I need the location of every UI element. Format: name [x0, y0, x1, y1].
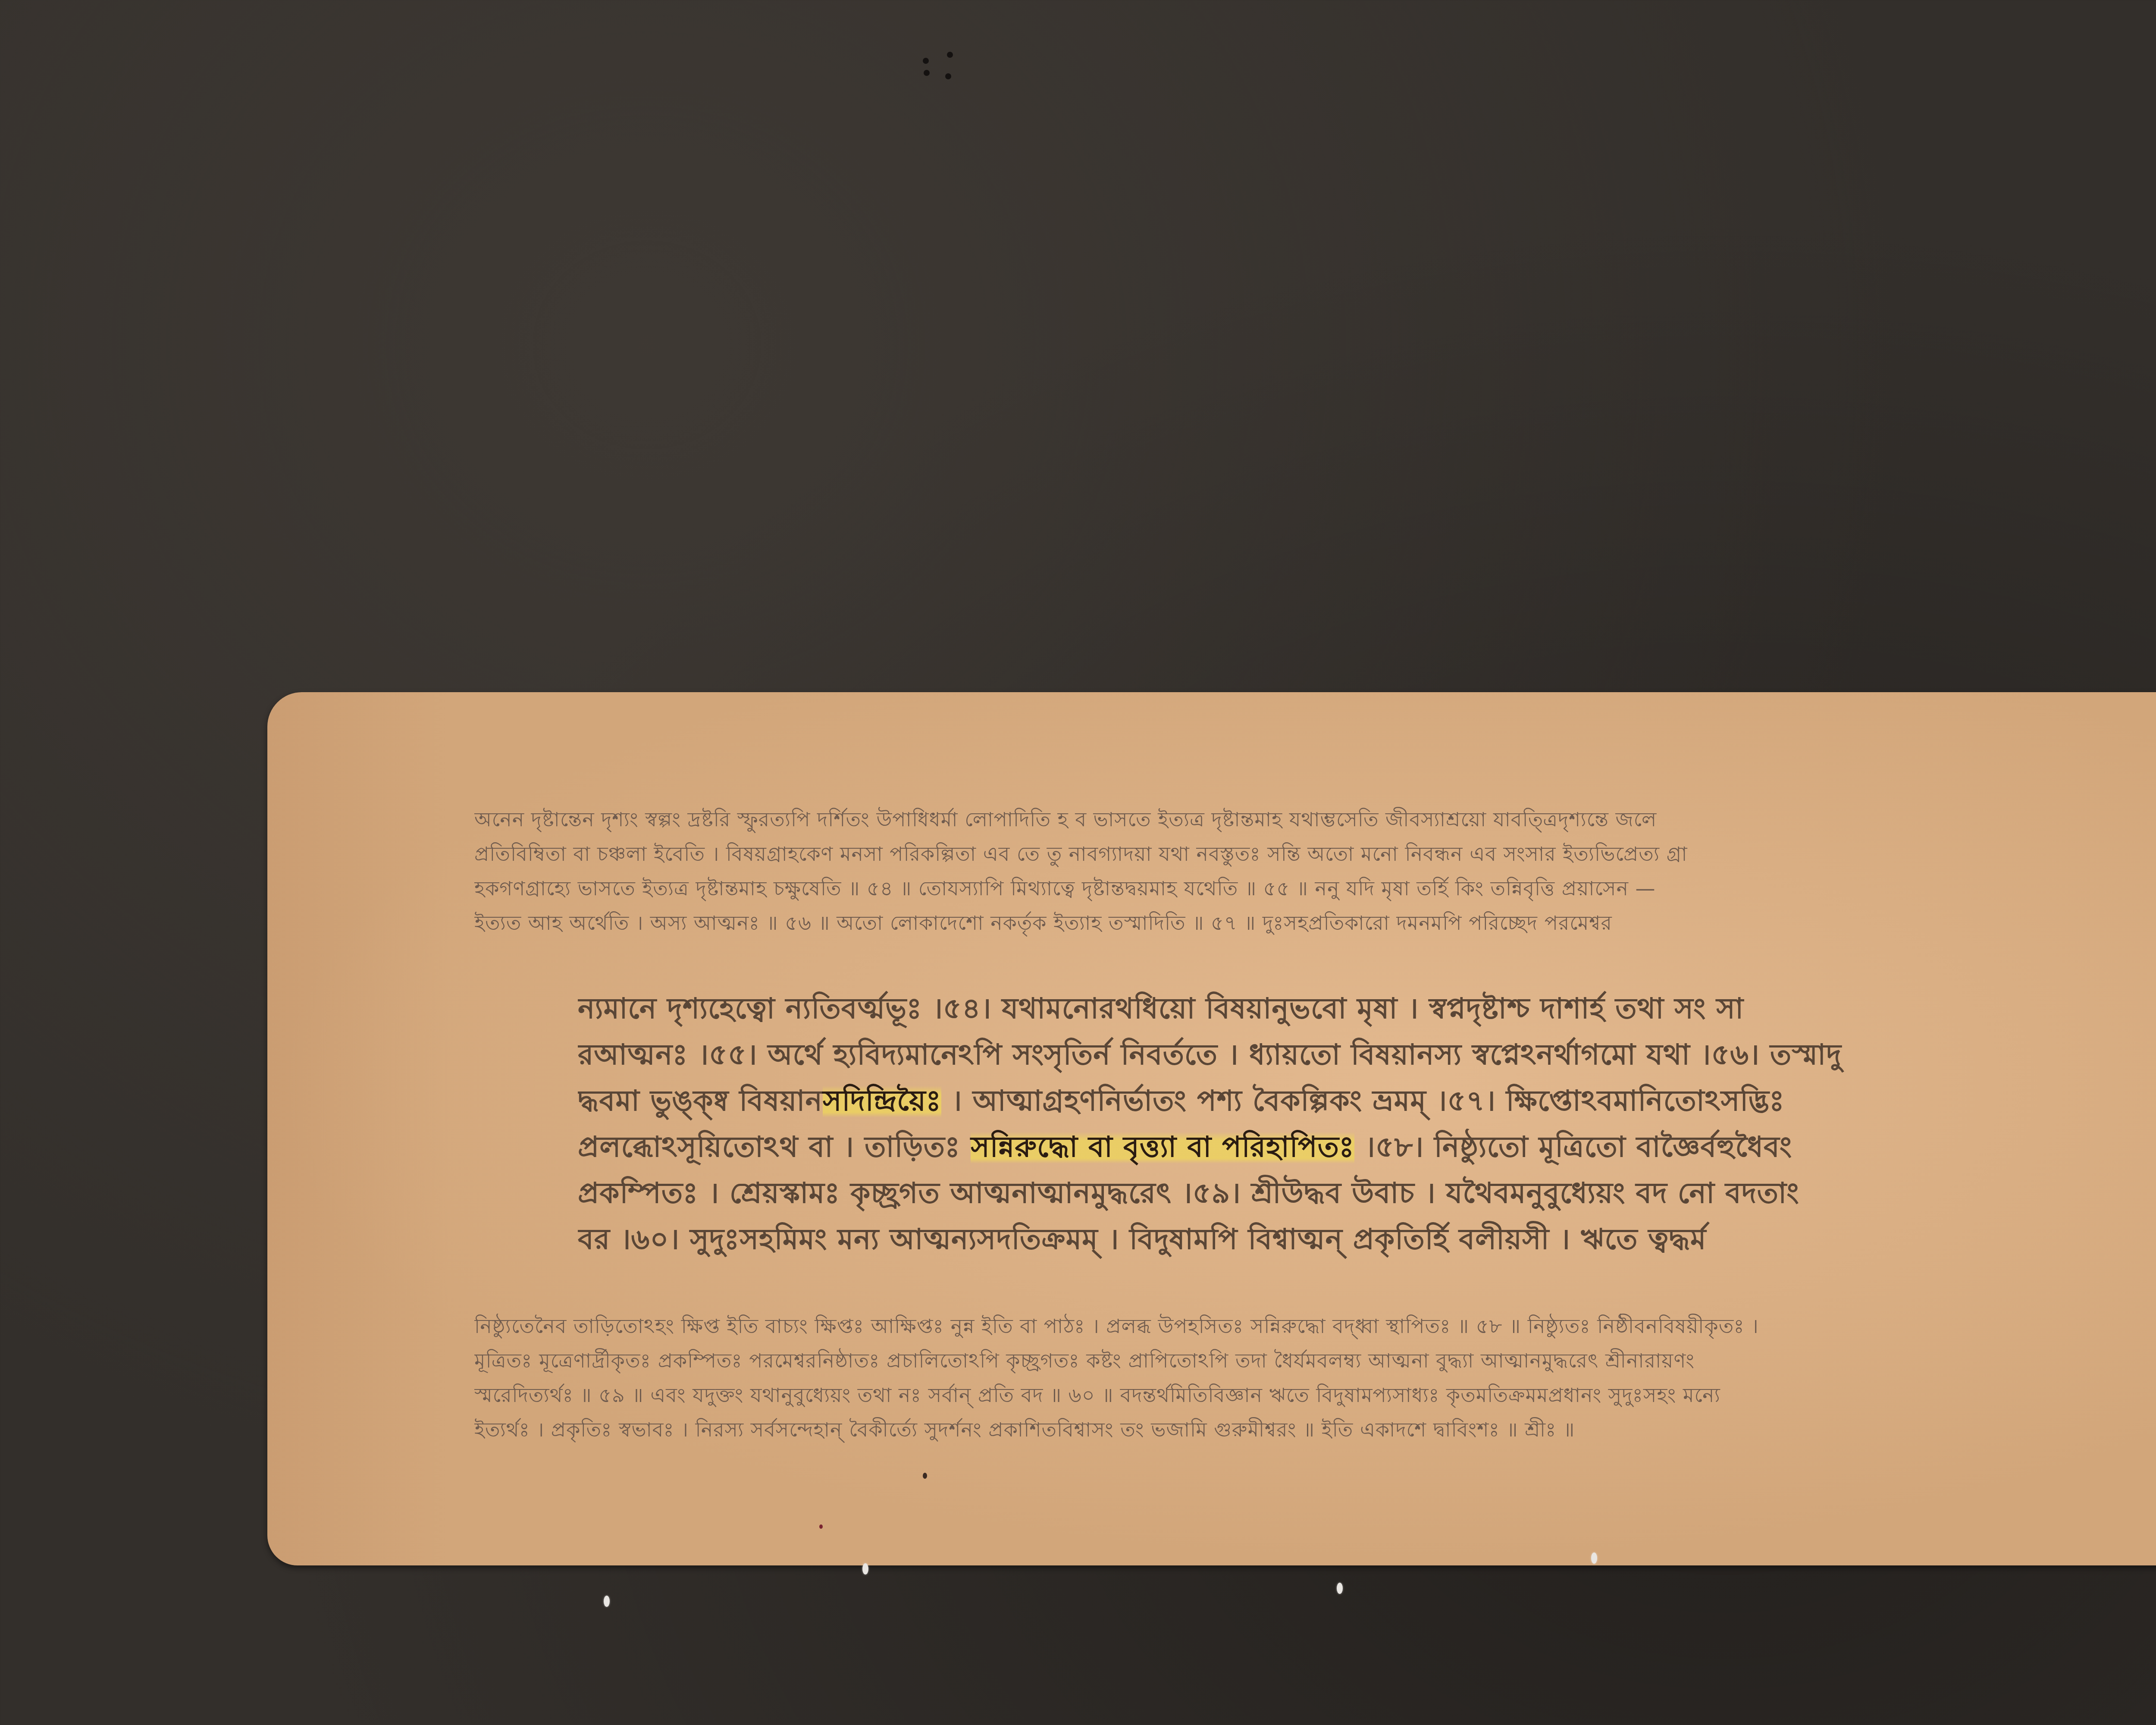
- commentary-bottom: নিষ্ঠ্যুতেনৈব তাড়িতোঽহং ক্ষিপ্ত ইতি বাচ…: [474, 1309, 2156, 1447]
- commentary-line: ইত্যত আহ অর্থেতি । অস্য আত্মনঃ ॥ ৫৬ ॥ অত…: [474, 906, 2156, 940]
- mounting-pin: [604, 1596, 610, 1607]
- verse-line-highlighted: প্রলব্ধোঽসূয়িতোঽথ বা । তাড়িতঃ সন্নিরুদ…: [578, 1124, 2156, 1170]
- commentary-line: হকগণগ্রাহ্যে ভাসতে ইত্যত্র দৃষ্টান্তমাহ …: [474, 871, 2156, 906]
- verse-line: প্রকম্পিতঃ । শ্রেয়স্কামঃ কৃচ্ছ্রগত আত্ম…: [578, 1170, 2156, 1216]
- verse-line: দ্ধবমা ভুঙ্ক্ষ্ব বিষয়ানসদিন্দ্রিয়ৈঃ । …: [578, 1078, 2156, 1124]
- mounting-pin: [862, 1563, 868, 1574]
- ink-spot: [819, 1524, 823, 1529]
- ink-spot: [923, 1473, 927, 1479]
- verse-line: প্রলব্ধোঽসূয়িতোঽথ বা । তাড়িতঃ সন্নিরুদ…: [578, 1130, 1792, 1164]
- commentary-line: মূত্রিতঃ মূত্রেণার্দ্রীকৃতঃ প্রকম্পিতঃ প…: [474, 1343, 2156, 1378]
- commentary-line: প্রতিবিম্বিতা বা চঞ্চলা ইবেতি । বিষয়গ্র…: [474, 837, 2156, 871]
- mounting-pin: [1591, 1552, 1597, 1564]
- verse-block: ন্যমানে দৃশ্যহেত্বো ন্যতিবর্ত্মভূঃ ।৫৪। …: [578, 985, 2156, 1262]
- commentary-line: নিষ্ঠ্যুতেনৈব তাড়িতোঽহং ক্ষিপ্ত ইতি বাচ…: [474, 1309, 2156, 1343]
- pinholes: [923, 52, 949, 78]
- commentary-line: ইত্যর্থঃ । প্রকৃতিঃ স্বভাবঃ । নিরস্য সর্…: [474, 1412, 2156, 1447]
- verse-line: ন্যমানে দৃশ্যহেত্বো ন্যতিবর্ত্মভূঃ ।৫৪। …: [578, 985, 2156, 1032]
- commentary-top: অনেন দৃষ্টান্তেন দৃশ্যং স্বল্পং দ্রষ্টরি…: [474, 802, 2156, 940]
- manuscript-folio: অনেন দৃষ্টান্তেন দৃশ্যং স্বল্পং দ্রষ্টরি…: [267, 692, 2156, 1565]
- commentary-line: স্মরেদিত্যর্থঃ ॥ ৫৯ ॥ এবং যদুক্তং যথানুব…: [474, 1378, 2156, 1412]
- verse-line: বর ।৬০। সুদুঃসহমিমং মন্য আত্মন্যসদতিক্রম…: [578, 1216, 2156, 1262]
- commentary-line: অনেন দৃষ্টান্তেন দৃশ্যং স্বল্পং দ্রষ্টরি…: [474, 802, 2156, 837]
- highlighted-phrase: সদিন্দ্রিয়ৈঃ: [823, 1084, 941, 1117]
- mounting-pin: [1337, 1583, 1343, 1594]
- verse-line: রআত্মনঃ ।৫৫। অর্থে হ্যবিদ্যমানেঽপি সংসৃত…: [578, 1032, 2156, 1078]
- highlighted-phrase: সন্নিরুদ্ধো বা বৃত্ত্যা বা পরিহাপিতঃ: [971, 1130, 1354, 1164]
